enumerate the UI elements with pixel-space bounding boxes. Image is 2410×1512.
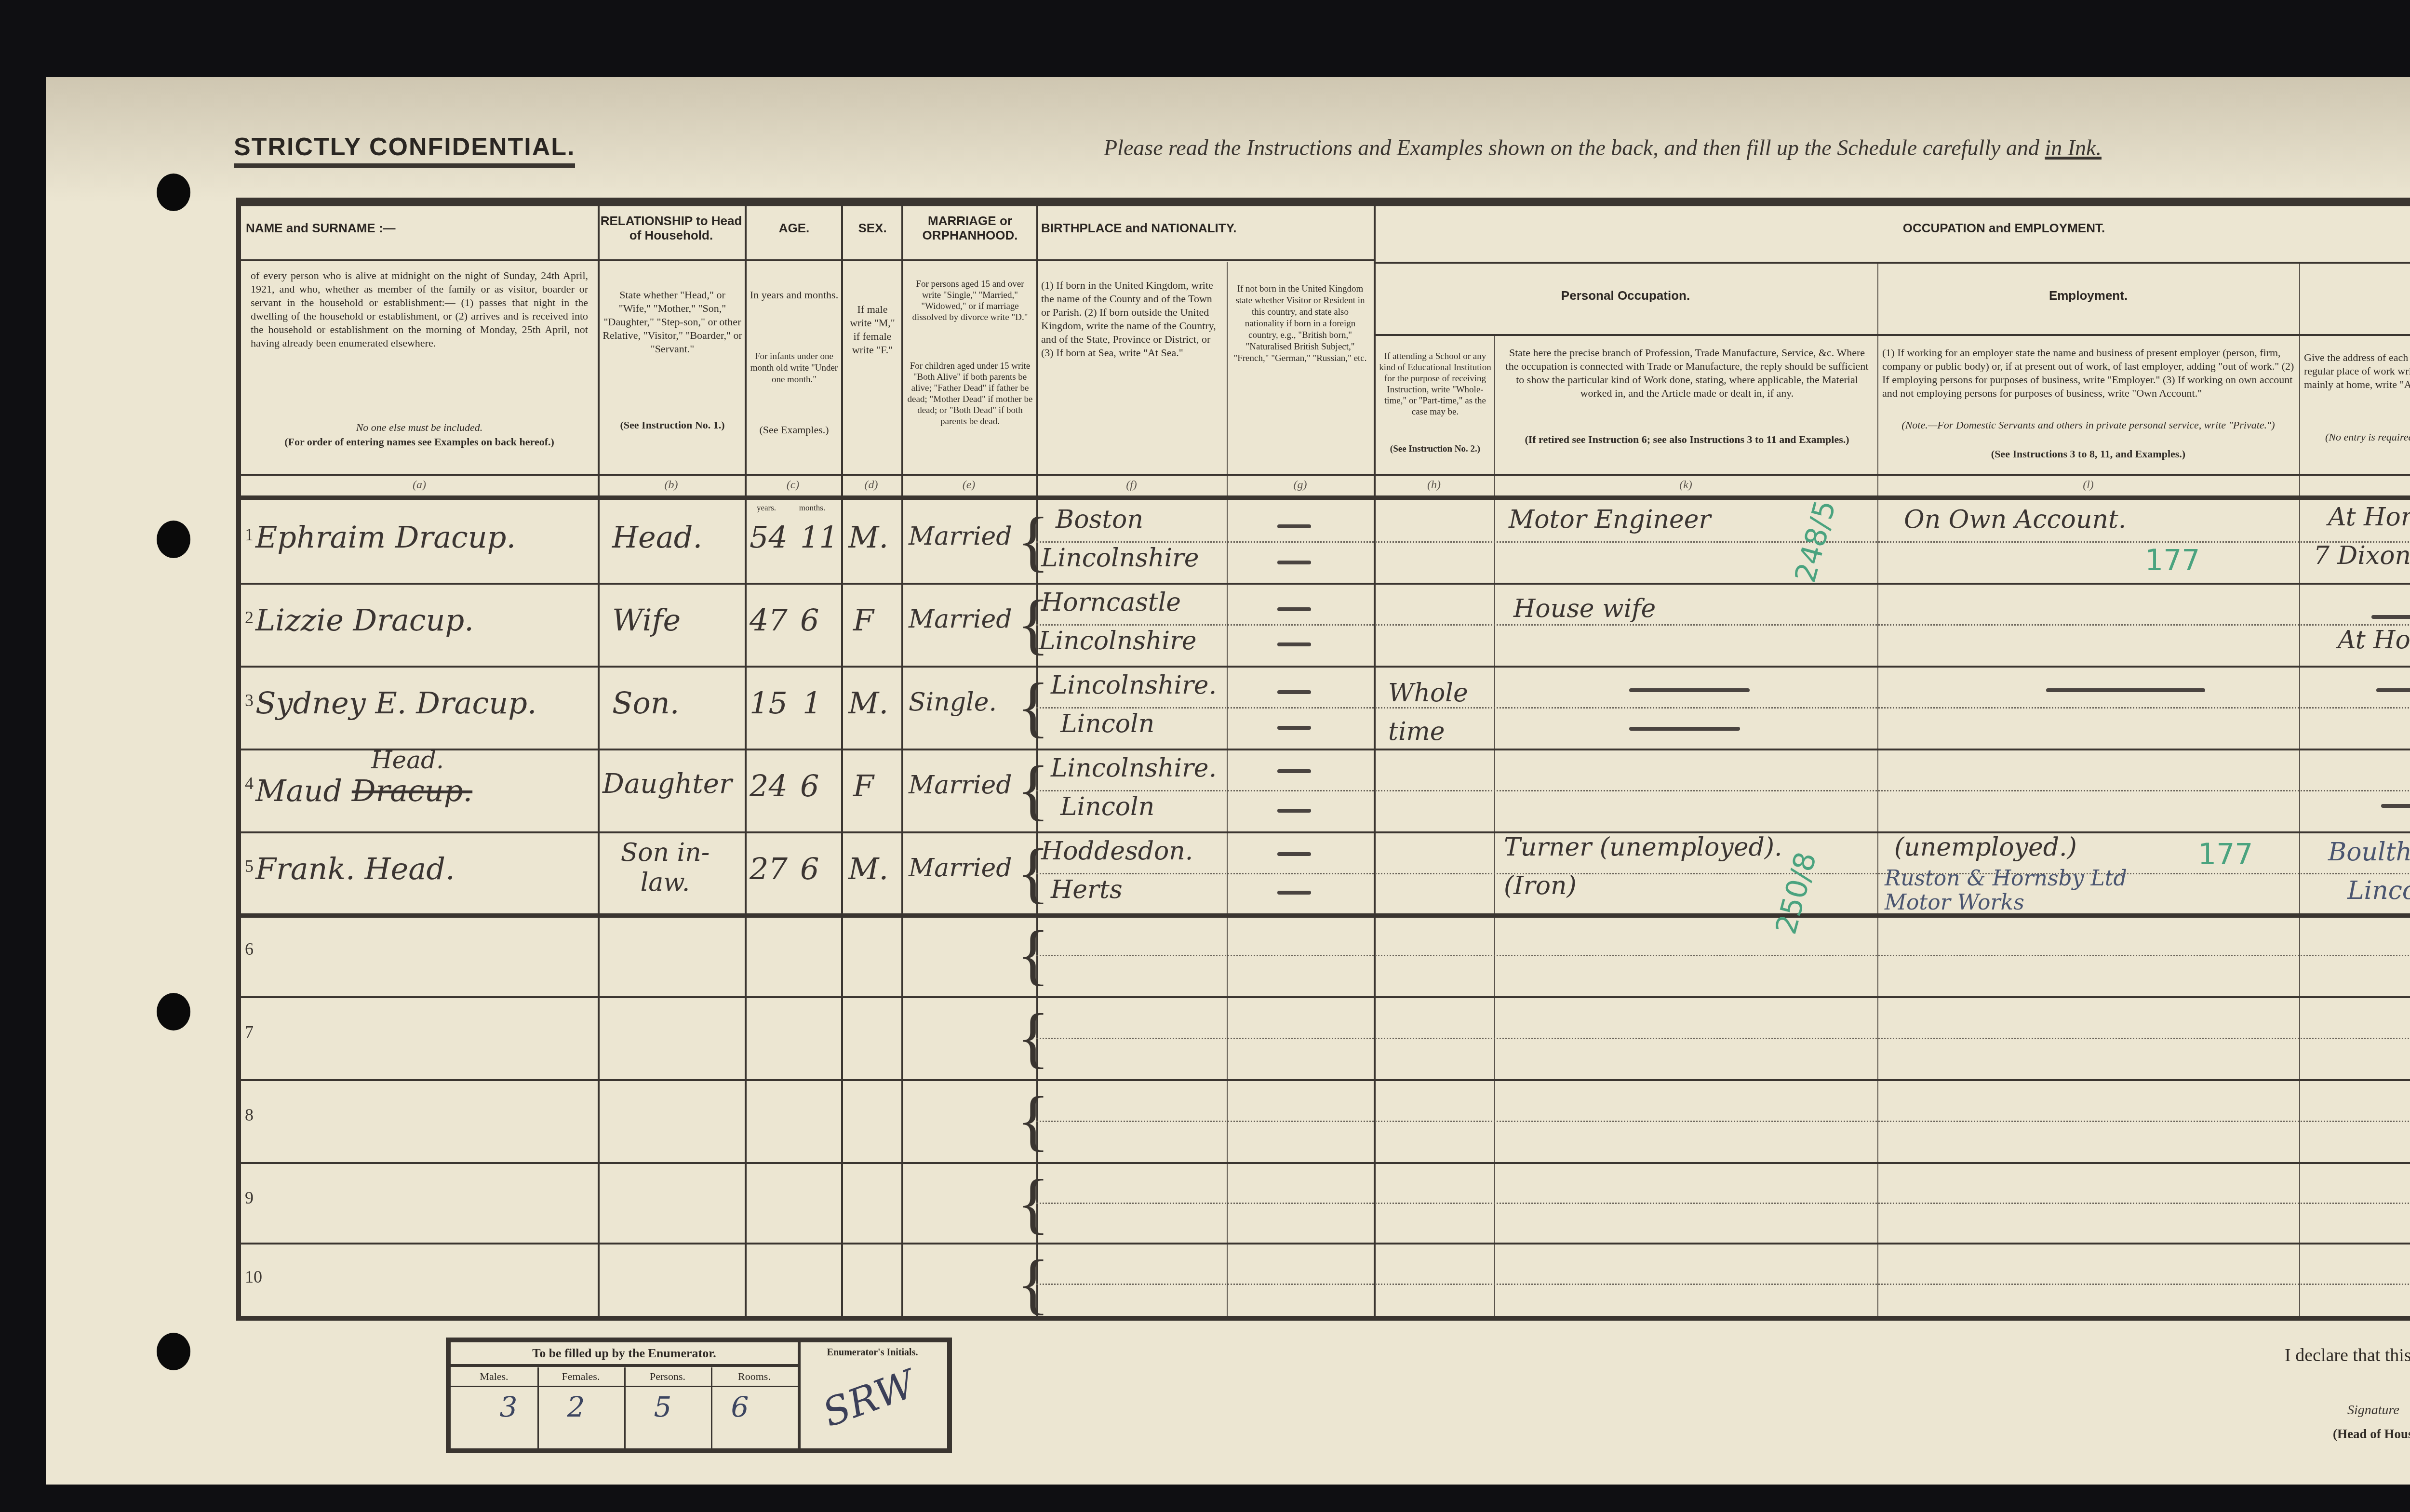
employment-see: (See Instructions 3 to 8, 11, and Exampl… xyxy=(1882,447,2294,461)
punch-hole xyxy=(157,993,190,1030)
col-divider xyxy=(1877,262,1878,1316)
row-number: 10 xyxy=(245,1267,262,1287)
age-months-label: months. xyxy=(788,501,836,515)
place-instructions: Give the address of each person's place … xyxy=(2304,351,2410,391)
person-birthplace-town: Boston xyxy=(1056,505,1143,534)
instructions-text: Please read the Instructions and Example… xyxy=(1104,135,2045,160)
row-divider xyxy=(241,583,2410,585)
person-age-months: 6 xyxy=(800,851,819,886)
col-letter-f: (f) xyxy=(1036,479,1227,492)
person-occupation-material: (Iron) xyxy=(1504,871,1577,900)
enumerator-box-header: To be filled up by the Enumerator. xyxy=(451,1342,798,1367)
person-birthplace-town: Lincoln xyxy=(1060,709,1154,738)
person-relationship: Daughter xyxy=(602,768,732,800)
brace-icon: { xyxy=(1017,921,1049,989)
header-employment: Employment. xyxy=(1877,288,2299,303)
mid-row-line xyxy=(1036,790,2410,791)
document-title: STRICTLY CONFIDENTIAL. xyxy=(234,133,575,168)
header-relationship: RELATIONSHIP to Head of Household. xyxy=(600,214,742,242)
person-name: Sydney E. Dracup. xyxy=(255,685,537,721)
person-surname-struck: Dracup. xyxy=(352,773,472,808)
header-line xyxy=(1374,334,2410,336)
row-divider xyxy=(241,996,2410,998)
col-letter-k: (k) xyxy=(1494,479,1877,492)
header-name: NAME and SURNAME :— xyxy=(246,221,439,235)
nationality-dash xyxy=(1277,809,1311,813)
employment-dash xyxy=(2046,688,2205,692)
declaration-text: I declare that this Schedule is correctl… xyxy=(2285,1345,2410,1366)
header-place-of-work: Place of Work. xyxy=(2299,288,2410,303)
person-birthplace-town: Hoddesdon. xyxy=(1041,837,1193,866)
name-order: (For order of entering names see Example… xyxy=(251,435,588,449)
person-birthplace-town: Horncastle xyxy=(1041,588,1181,617)
person-birthplace-county: Lincolnshire xyxy=(1041,544,1199,573)
females-label: Females. xyxy=(537,1367,624,1387)
box-divider xyxy=(537,1367,539,1448)
mid-row-line xyxy=(1036,1203,2410,1204)
birthplace-foreign: If not born in the United Kingdom state … xyxy=(1232,283,1369,364)
row-divider xyxy=(241,1243,2410,1244)
punch-hole xyxy=(157,521,190,558)
mid-row-line xyxy=(1036,1038,2410,1039)
person-age-months: 11 xyxy=(800,520,838,555)
header-line xyxy=(1374,262,2410,264)
sex-instructions: If male write "M," if female write "F." xyxy=(846,303,899,357)
males-count: 3 xyxy=(480,1391,537,1423)
person-birthplace-county: Lincolnshire xyxy=(1039,627,1197,656)
col-letter-b: (b) xyxy=(598,479,745,492)
col-divider xyxy=(1227,262,1228,1316)
nationality-dash xyxy=(1277,642,1311,646)
place-dash xyxy=(2381,804,2410,808)
person-age-months: 6 xyxy=(800,602,819,638)
col-divider xyxy=(2299,262,2300,1316)
header-line xyxy=(241,495,2410,500)
row-number: 4 xyxy=(245,773,254,793)
mid-row-line xyxy=(1036,955,2410,956)
place-dash xyxy=(2376,688,2410,692)
person-age-years: 54 xyxy=(750,520,788,555)
person-name-correction: Head. xyxy=(371,746,444,774)
mid-row-line xyxy=(1036,1121,2410,1122)
col-divider xyxy=(598,206,600,1316)
name-note: No one else must be included. xyxy=(251,421,588,434)
row-number: 6 xyxy=(245,939,254,959)
occupation-code: 250/8 xyxy=(1769,848,1823,937)
punch-hole xyxy=(157,1333,190,1370)
age-instructions: In years and months. xyxy=(750,288,839,302)
row-number: 8 xyxy=(245,1105,254,1125)
place-note: (No entry is required for any person who… xyxy=(2304,430,2410,444)
nationality-dash xyxy=(1277,726,1311,730)
row-divider xyxy=(241,831,2410,833)
school-attendance: Whole time xyxy=(1388,674,1446,751)
header-occupation: OCCUPATION and EMPLOYMENT. xyxy=(1374,221,2410,235)
col-letter-d: (d) xyxy=(841,479,901,492)
header-sex: SEX. xyxy=(843,221,901,235)
personal-occupation-instructions: State here the precise branch of Profess… xyxy=(1501,346,1873,400)
persons-label: Persons. xyxy=(624,1367,711,1387)
person-relationship: Head. xyxy=(612,520,702,555)
person-place-of-work-address: 7 Dixon St. Lincoln xyxy=(2314,541,2410,570)
brace-icon: { xyxy=(1017,1250,1049,1318)
header-marriage: MARRIAGE or ORPHANHOOD. xyxy=(904,214,1036,242)
nationality-dash xyxy=(1277,561,1311,564)
brace-icon: { xyxy=(1017,756,1049,824)
person-sex: M. xyxy=(848,685,888,721)
brace-icon: { xyxy=(1017,673,1049,741)
person-place-of-work-town: Lincoln xyxy=(2347,876,2410,905)
person-occupation: Motor Engineer xyxy=(1509,505,1711,534)
col-letter-e: (e) xyxy=(901,479,1036,492)
personal-occupation-see: (If retired see Instruction 6; see also … xyxy=(1501,433,1873,446)
brace-icon: { xyxy=(1017,1170,1049,1237)
rooms-label: Rooms. xyxy=(711,1367,798,1387)
person-sex: M. xyxy=(848,851,888,886)
males-label: Males. xyxy=(451,1367,537,1387)
person-marriage: Married xyxy=(909,854,1012,883)
nationality-dash xyxy=(1277,891,1311,895)
person-relationship: Son in-law. xyxy=(612,838,718,897)
employment-code: 177 xyxy=(2198,838,2253,871)
enumerator-initials-label: Enumerator's Initials. xyxy=(803,1347,942,1358)
header-line xyxy=(241,474,2410,476)
person-age-months: 6 xyxy=(800,768,819,803)
person-birthplace-county: Herts xyxy=(1051,875,1123,904)
person-birthplace-town: Lincoln xyxy=(1060,792,1154,821)
person-place-of-work: Boultham xyxy=(2328,838,2410,867)
census-table: NAME and SURNAME :— RELATIONSHIP to Head… xyxy=(236,198,2410,1321)
marriage-children: For children aged under 15 write "Both A… xyxy=(906,361,1034,427)
person-employment: On Own Account. xyxy=(1904,505,2126,534)
col-divider xyxy=(841,206,843,1316)
person-marriage: Married xyxy=(909,522,1012,551)
occupation-dash xyxy=(1629,727,1740,731)
header-birthplace: BIRTHPLACE and NATIONALITY. xyxy=(1041,221,1311,235)
nationality-dash xyxy=(1277,769,1311,773)
person-sex: F xyxy=(853,768,874,803)
row-number: 2 xyxy=(245,607,254,628)
person-employment: (unemployed.) xyxy=(1894,833,2077,862)
person-sex: M. xyxy=(848,520,888,555)
signature-note: (Head of Household, Manager of Establish… xyxy=(2333,1427,2410,1442)
mid-row-line xyxy=(1036,541,2410,543)
instructions-line: Please read the Instructions and Example… xyxy=(1104,135,2102,161)
row-number: 3 xyxy=(245,690,254,710)
row-divider xyxy=(241,1079,2410,1081)
school-instructions: If attending a School or any kind of Edu… xyxy=(1379,351,1492,417)
person-marriage: Single. xyxy=(909,688,997,717)
row-number: 9 xyxy=(245,1188,254,1208)
person-name: Maud Dracup. xyxy=(255,773,472,808)
nationality-dash xyxy=(1277,607,1311,611)
header-line xyxy=(241,259,1374,261)
rooms-count: 6 xyxy=(711,1391,769,1423)
person-birthplace-county: Lincolnshire. xyxy=(1051,671,1217,700)
marriage-instructions: For persons aged 15 and over write "Sing… xyxy=(906,279,1034,323)
females-count: 2 xyxy=(547,1391,605,1423)
person-name: Frank. Head. xyxy=(255,851,455,886)
col-letter-l: (l) xyxy=(1877,479,2299,492)
person-name: Lizzie Dracup. xyxy=(255,602,474,638)
col-divider xyxy=(1374,206,1376,1316)
school-see: (See Instruction No. 2.) xyxy=(1379,442,1492,456)
age-infants: For infants under one month old write "U… xyxy=(750,351,839,386)
mid-row-line xyxy=(1036,624,2410,626)
person-marriage: Married xyxy=(909,605,1012,634)
punch-hole xyxy=(157,174,190,211)
employment-instructions: (1) If working for an employer state the… xyxy=(1882,346,2294,400)
enumerator-initials: SRW xyxy=(817,1361,921,1435)
person-age-years: 47 xyxy=(750,602,788,638)
person-occupation: Turner (unemployed). xyxy=(1504,833,1782,862)
row-divider xyxy=(241,1162,2410,1164)
box-divider xyxy=(624,1367,626,1448)
person-birthplace-county: Lincolnshire. xyxy=(1051,754,1217,783)
col-divider xyxy=(901,206,903,1316)
col-letter-h: (h) xyxy=(1374,479,1494,492)
col-letter-m: (m) xyxy=(2299,479,2410,492)
person-name: Ephraim Dracup. xyxy=(255,520,516,555)
name-instructions: of every person who is alive at midnight… xyxy=(251,269,588,350)
nationality-dash xyxy=(1277,690,1311,694)
birthplace-uk: (1) If born in the United Kingdom, write… xyxy=(1041,279,1222,360)
relationship-instructions: State whether "Head," or "Wife," "Mother… xyxy=(602,288,742,356)
age-see: (See Examples.) xyxy=(750,423,839,437)
signature-label: Signature xyxy=(2347,1403,2399,1418)
person-marriage: Married xyxy=(909,771,1012,800)
header-personal-occupation: Personal Occupation. xyxy=(1374,288,1877,303)
mid-row-line xyxy=(1036,873,2410,874)
persons-count: 5 xyxy=(634,1391,692,1423)
row-number: 1 xyxy=(245,524,254,545)
person-employer: Ruston & Hornsby Ltd Motor Works xyxy=(1885,867,2155,915)
employment-code: 177 xyxy=(2145,544,2200,577)
box-divider xyxy=(798,1342,801,1448)
col-divider xyxy=(745,206,747,1316)
person-occupation: House wife xyxy=(1513,594,1656,623)
row-divider xyxy=(241,666,2410,668)
person-place-of-work: At Home. xyxy=(2328,503,2410,532)
person-relationship: Wife xyxy=(612,602,681,638)
person-relationship: Son. xyxy=(612,685,679,721)
brace-icon: { xyxy=(1017,1087,1049,1154)
nationality-dash xyxy=(1277,524,1311,528)
person-place-of-work: At Home. xyxy=(2338,626,2410,655)
age-years-label: years. xyxy=(747,501,786,515)
nationality-dash xyxy=(1277,852,1311,856)
col-letter-g: (g) xyxy=(1227,479,1374,492)
row-divider xyxy=(241,749,2410,750)
person-age-years: 24 xyxy=(750,768,788,803)
brace-icon: { xyxy=(1017,1004,1049,1071)
person-sex: F xyxy=(853,602,874,638)
occupation-dash xyxy=(1629,688,1750,692)
mid-row-line xyxy=(1036,707,2410,709)
place-dash xyxy=(2371,615,2410,619)
header-age: AGE. xyxy=(747,221,841,235)
relationship-see: (See Instruction No. 1.) xyxy=(602,418,742,432)
row-number: 5 xyxy=(245,856,254,876)
person-age-years: 27 xyxy=(750,851,788,886)
col-letter-c: (c) xyxy=(745,479,841,492)
mid-row-line xyxy=(1036,1284,2410,1285)
instructions-ink: in Ink. xyxy=(2045,135,2102,160)
person-age-months: 1 xyxy=(803,685,821,721)
person-age-years: 15 xyxy=(750,685,788,721)
row-number: 7 xyxy=(245,1022,254,1042)
col-letter-a: (a) xyxy=(241,479,598,492)
employment-note: (Note.—For Domestic Servants and others … xyxy=(1882,418,2294,432)
enumerator-box: To be filled up by the Enumerator. Males… xyxy=(446,1338,952,1453)
